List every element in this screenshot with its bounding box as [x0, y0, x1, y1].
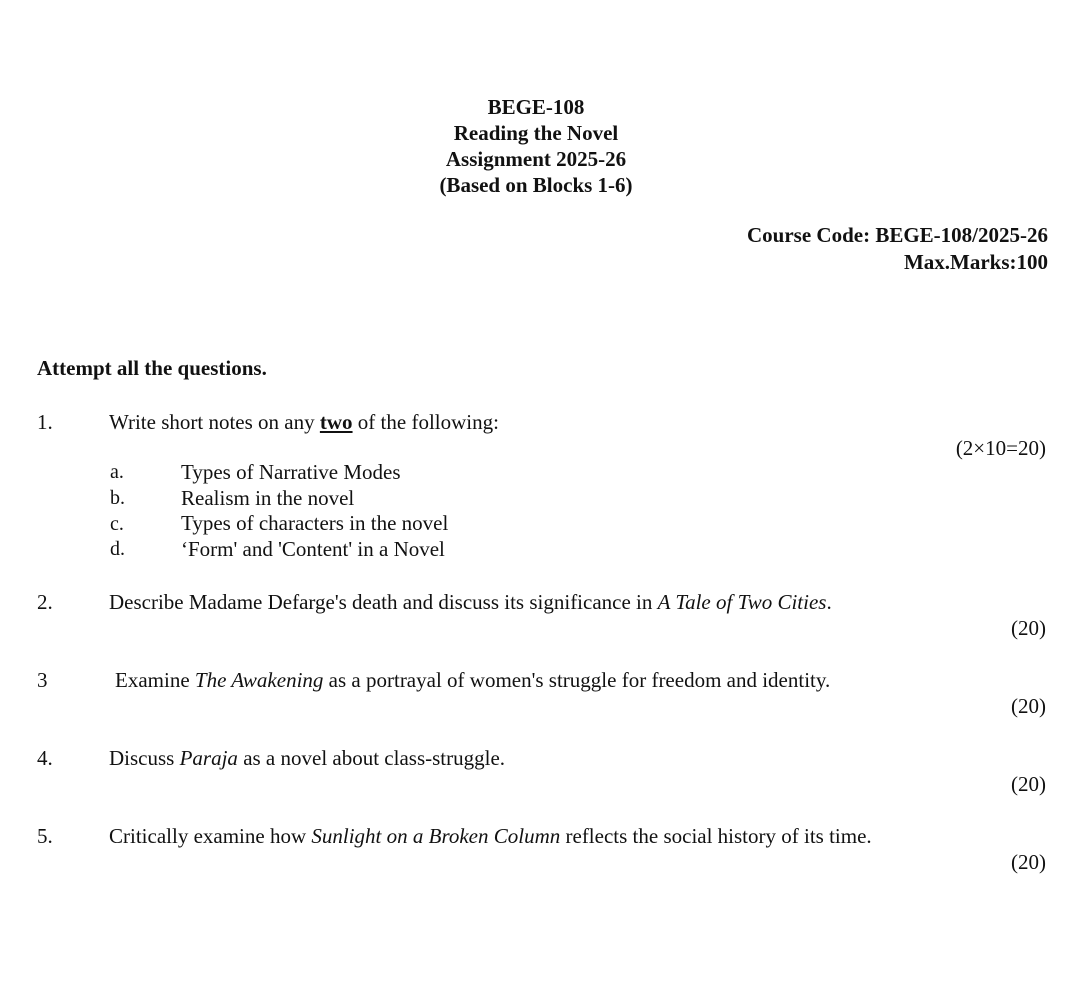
option-b-letter: b. [110, 487, 125, 510]
question-5-marks: (20) [1011, 850, 1046, 875]
option-c-letter: c. [110, 513, 124, 536]
option-b-text: Realism in the novel [181, 486, 354, 511]
document-header: BEGE-108 Reading the Novel Assignment 20… [0, 94, 1072, 198]
question-4-text: Discuss Paraja as a novel about class-st… [109, 746, 505, 771]
question-1-text: Write short notes on any two of the foll… [109, 410, 499, 435]
instruction: Attempt all the questions. [37, 356, 267, 381]
max-marks: Max.Marks:100 [904, 250, 1048, 275]
question-1-number: 1. [37, 410, 53, 435]
option-d-letter: d. [110, 538, 125, 561]
work-title: Paraja [180, 746, 238, 770]
question-4-number: 4. [37, 746, 53, 771]
option-a-letter: a. [110, 461, 124, 484]
question-3-number: 3 [37, 668, 48, 693]
blocks-basis: (Based on Blocks 1-6) [0, 172, 1072, 198]
question-3-text: Examine The Awakening as a portrayal of … [115, 668, 830, 693]
option-a-text: Types of Narrative Modes [181, 460, 401, 485]
course-code: Course Code: BEGE-108/2025-26 [747, 223, 1048, 248]
question-2-marks: (20) [1011, 616, 1046, 641]
question-5-number: 5. [37, 824, 53, 849]
work-title: Sunlight on a Broken Column [311, 824, 560, 848]
question-2-number: 2. [37, 590, 53, 615]
option-d-text: ‘Form' and 'Content' in a Novel [181, 537, 445, 562]
question-5-text: Critically examine how Sunlight on a Bro… [109, 824, 872, 849]
question-1-marks: (2×10=20) [956, 436, 1046, 461]
question-3-marks: (20) [1011, 694, 1046, 719]
course-number: BEGE-108 [0, 94, 1072, 120]
work-title: A Tale of Two Cities [658, 590, 827, 614]
assignment-year: Assignment 2025-26 [0, 146, 1072, 172]
work-title: The Awakening [195, 668, 324, 692]
question-2-text: Describe Madame Defarge's death and disc… [109, 590, 832, 615]
emphasis-two: two [320, 410, 353, 434]
option-c-text: Types of characters in the novel [181, 511, 448, 536]
question-4-marks: (20) [1011, 772, 1046, 797]
course-title: Reading the Novel [0, 120, 1072, 146]
